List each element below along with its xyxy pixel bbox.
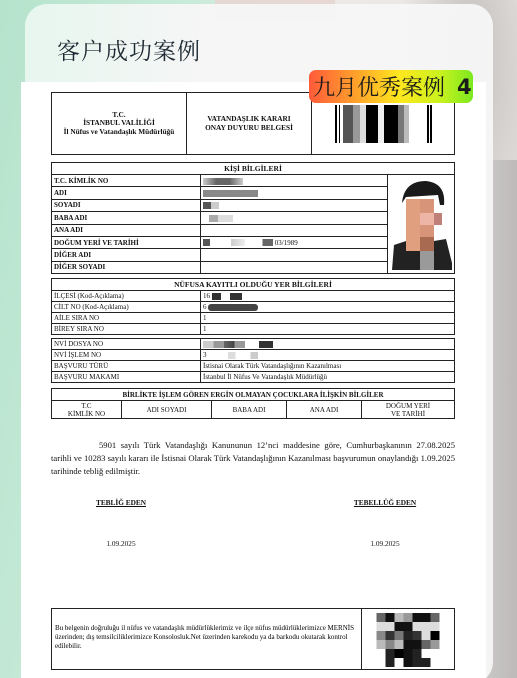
field-label: AİLE SIRA NO	[52, 313, 201, 324]
field-value-text: 6	[203, 303, 207, 311]
column-header: ANA ADI	[287, 401, 362, 419]
qr-code-cell	[362, 609, 454, 669]
field-value: 6	[201, 302, 455, 313]
notice-paragraph: 5901 sayılı Türk Vatandaşlığı Kanununun …	[51, 439, 455, 478]
field-value-redacted	[201, 261, 388, 273]
field-label: BAŞVURU TÜRÜ	[52, 361, 201, 372]
section-title: BİRLİKTE İŞLEM GÖREN ERGİN OLMAYAN ÇOCUK…	[52, 389, 455, 401]
registry-info-table: NÜFUSA KAYITLI OLDUĞU YER BİLGİLERİ İLÇE…	[51, 278, 455, 335]
citizenship-document: T.C. İSTANBUL VALİLİĞİ İl Nüfus ve Vatan…	[21, 82, 486, 678]
barcode-icon	[312, 101, 454, 147]
verification-footer: Bu belgenin doğruluğu il nüfus ve vatand…	[51, 608, 455, 670]
children-info-table: BİRLİKTE İŞLEM GÖREN ERGİN OLMAYAN ÇOCUK…	[51, 388, 455, 419]
field-label: DOĞUM YERİ VE TARİHİ	[52, 236, 201, 248]
signature-block-notifier: TEBLİĞ EDEN 1.09.2025	[51, 498, 191, 548]
person-photo	[390, 175, 454, 270]
signature-block-recipient: TEBELLÜĞ EDEN 1.09.2025	[315, 498, 455, 548]
badge-label: 九月优秀案例	[313, 71, 445, 102]
field-value: 03/1989	[201, 236, 388, 248]
field-value-redacted	[201, 224, 388, 236]
case-badge: 九月优秀案例 4	[309, 70, 473, 103]
field-value-text: 1	[203, 325, 207, 333]
field-label: ADI	[52, 187, 201, 199]
signature-title: TEBELLÜĞ EDEN	[315, 498, 455, 507]
doc-title-line: ONAY DUYURU BELGESİ	[187, 124, 311, 132]
column-header: ADI SOYADI	[122, 401, 212, 419]
signature-area: TEBLİĞ EDEN 1.09.2025 TEBELLÜĞ EDEN 1.09…	[51, 498, 455, 548]
field-label: DİĞER SOYADI	[52, 261, 201, 273]
verification-note: Bu belgenin doğruluğu il nüfus ve vatand…	[52, 609, 362, 669]
personal-info-table: KİŞİ BİLGİLERİ T.C. KİMLİK NO	[51, 162, 455, 274]
field-value-redacted	[201, 175, 388, 187]
field-label: BAŞVURU MAKAMI	[52, 372, 201, 383]
field-label: BİREY SIRA NO	[52, 324, 201, 335]
section-title: KİŞİ BİLGİLERİ	[52, 163, 455, 175]
field-value-text: 3	[203, 351, 207, 359]
signature-date: 1.09.2025	[315, 539, 455, 548]
field-value: 1	[201, 313, 455, 324]
column-header: DOĞUM YERİ VE TARİHİ	[362, 401, 455, 419]
field-value-redacted	[201, 187, 388, 199]
field-label: BABA ADI	[52, 212, 201, 224]
field-label: ANA ADI	[52, 224, 201, 236]
birth-date: 03/1989	[275, 239, 298, 247]
issuer-block: T.C. İSTANBUL VALİLİĞİ İl Nüfus ve Vatan…	[52, 93, 187, 155]
qr-code-icon	[374, 613, 442, 667]
application-info-table: NVİ DOSYA NO NVİ İŞLEM NO3 BAŞVURU TÜRÜİ…	[51, 338, 455, 383]
section-title: NÜFUSA KAYITLI OLDUĞU YER BİLGİLERİ	[52, 279, 455, 291]
field-value-redacted	[201, 212, 388, 224]
issuer-line: İl Nüfus ve Vatandaşlık Müdürlüğü	[52, 128, 186, 136]
field-label: CİLT NO (Kod-Açıklama)	[52, 302, 201, 313]
field-value: İstisnai Olarak Türk Vatandaşlığının Kaz…	[201, 361, 455, 372]
field-value: 3	[201, 350, 455, 361]
field-label: SOYADI	[52, 199, 201, 211]
photo-cell	[388, 175, 455, 274]
field-value-redacted	[201, 339, 455, 350]
field-value: 1	[201, 324, 455, 335]
field-label: NVİ İŞLEM NO	[52, 350, 201, 361]
signature-date: 1.09.2025	[51, 539, 191, 548]
field-label: T.C. KİMLİK NO	[52, 175, 201, 187]
field-label: DİĞER ADI	[52, 249, 201, 261]
column-header: T.C KİMLİK NO	[52, 401, 122, 419]
column-header: BABA ADI	[212, 401, 287, 419]
field-label: NVİ DOSYA NO	[52, 339, 201, 350]
signature-title: TEBLİĞ EDEN	[51, 498, 191, 507]
field-value	[201, 249, 388, 261]
field-value: İstanbul İl Nüfus Ve Vatandaşlık Müdürlü…	[201, 372, 455, 383]
field-value-redacted	[201, 199, 388, 211]
document-title-block: VATANDAŞLIK KARARI ONAY DUYURU BELGESİ	[187, 93, 312, 155]
badge-number: 4	[457, 75, 472, 99]
field-value-text: 16	[203, 292, 210, 300]
field-value-text: 1	[203, 314, 207, 322]
slide-title: 客户成功案例	[57, 33, 201, 66]
field-value: 16	[201, 291, 455, 302]
field-label: İLÇESİ (Kod-Açıklama)	[52, 291, 201, 302]
